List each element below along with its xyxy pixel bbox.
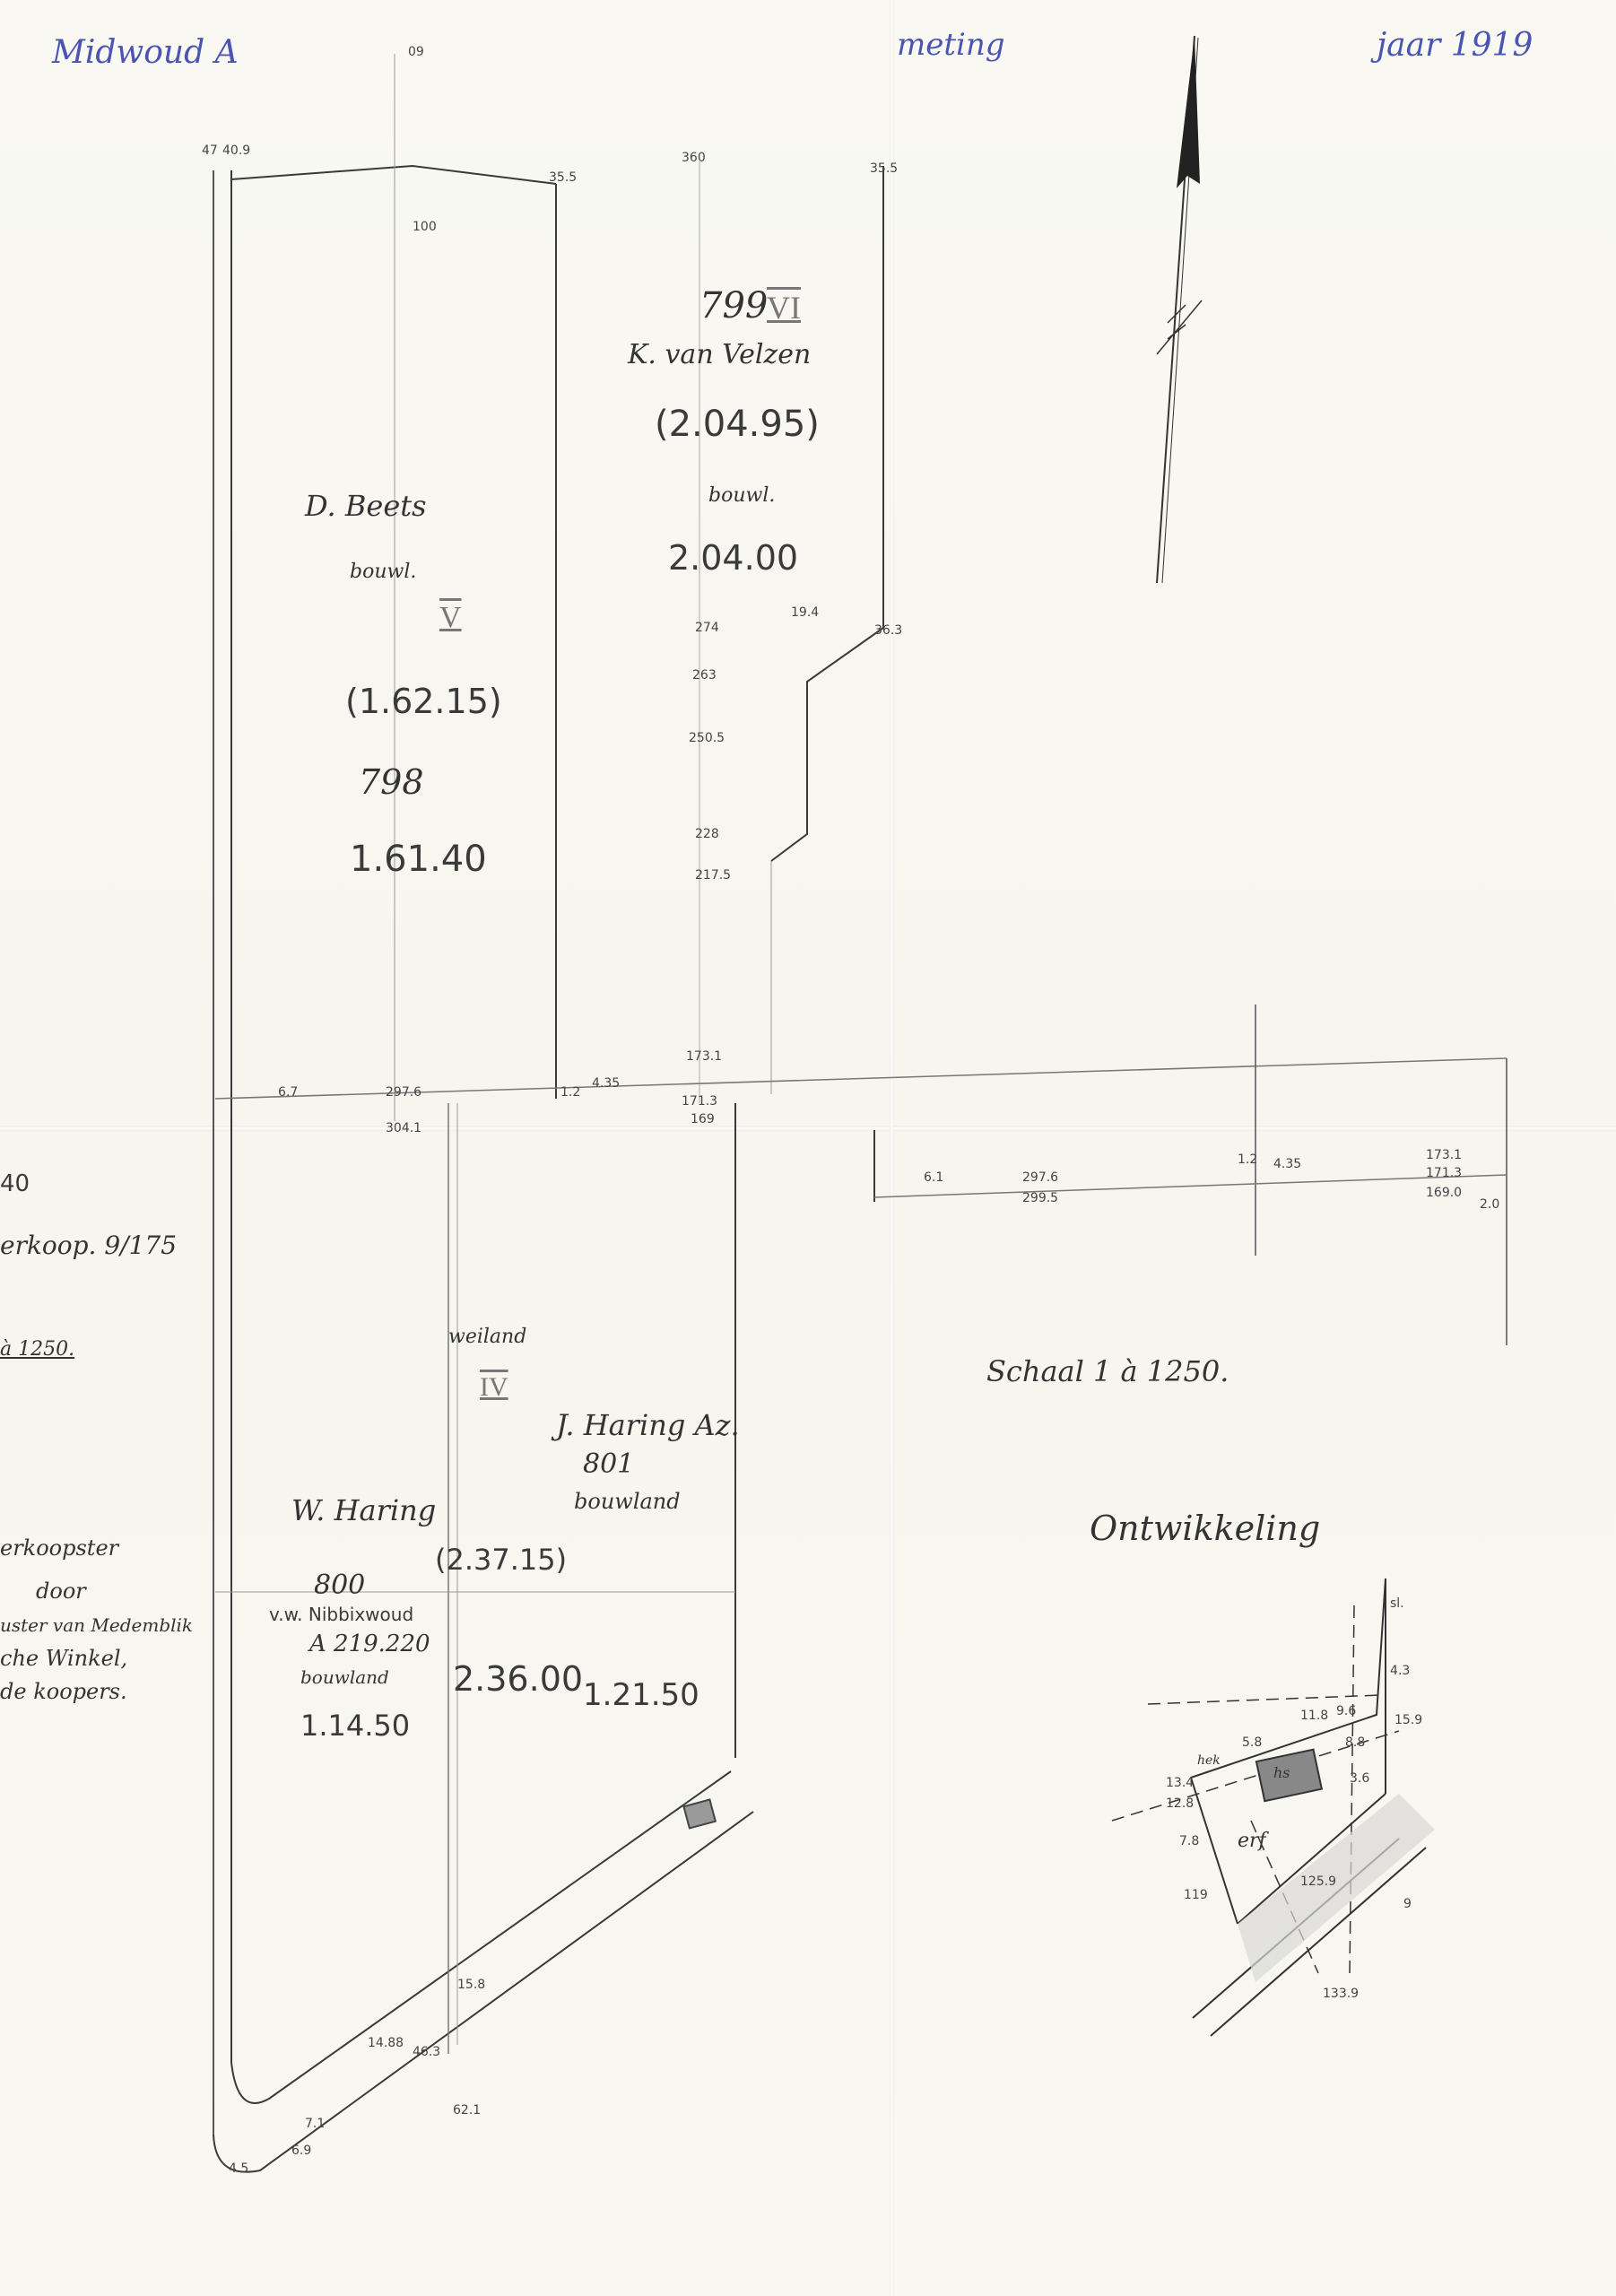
measurement: 35.5 — [549, 170, 577, 185]
measurement: 47 — [202, 143, 218, 158]
area-measured: (2.37.15) — [435, 1543, 567, 1577]
measurement: 40.9 — [222, 143, 250, 158]
measurement: 09 — [408, 45, 424, 59]
measurement: 7.1 — [305, 2117, 325, 2131]
hs-label: hs — [1273, 1764, 1290, 1781]
measurement: 6.7 — [278, 1085, 298, 1100]
detail-measure: 133.9 — [1323, 1987, 1359, 2001]
detail-measure: 11.8 — [1300, 1709, 1328, 1723]
left-note-line: de koopers. — [0, 1679, 127, 1704]
left-verkoop-note: erkoop. 9/175 — [0, 1231, 177, 1260]
north-arrow-icon — [1157, 36, 1202, 583]
measurement: 299.5 — [1022, 1191, 1058, 1205]
detail-measure: 13.4 — [1166, 1776, 1194, 1790]
measurement: 360 — [682, 151, 706, 165]
left-note-line: che Winkel, — [0, 1646, 127, 1671]
detail-measure: 9.6 — [1336, 1704, 1356, 1718]
measurement: 35.5 — [870, 161, 898, 176]
land-use: bouwland — [574, 1489, 681, 1514]
land-use: bouwl. — [708, 484, 775, 507]
measurement: 1.2 — [1238, 1152, 1257, 1167]
detail-measure: 119 — [1184, 1888, 1208, 1902]
area-registered: 1.14.50 — [300, 1709, 410, 1743]
area-registered: 2.04.00 — [668, 538, 798, 578]
header-center-note: meting — [897, 27, 1005, 63]
measurement: 217.5 — [695, 868, 731, 883]
detail-measure: 8.8 — [1345, 1735, 1365, 1750]
detail-measure: 7.8 — [1179, 1834, 1199, 1848]
header-left-note: Midwoud A — [52, 34, 239, 71]
area-measured: (1.62.15) — [345, 682, 502, 721]
measurement: 6.9 — [291, 2144, 311, 2158]
measurement: 4.35 — [1273, 1157, 1301, 1171]
measurement: 228 — [695, 827, 719, 841]
cadastral-ref: A 219.220 — [309, 1631, 430, 1657]
detail-measure: 12.8 — [1166, 1796, 1194, 1811]
measurement: 46.3 — [413, 2045, 440, 2059]
left-note-line: door — [36, 1578, 86, 1604]
parcel-section: V — [439, 601, 462, 635]
detail-measure: 15.9 — [1394, 1713, 1422, 1727]
parcel-number: 801 — [583, 1448, 634, 1480]
left-note-line: uster van Medemblik — [0, 1614, 193, 1636]
header-right-note: jaar 1919 — [1377, 27, 1533, 64]
measurement: 169 — [691, 1112, 715, 1126]
erf-label: erf — [1238, 1830, 1266, 1852]
measurement: 1.2 — [560, 1085, 580, 1100]
detail-measure: 9 — [1403, 1897, 1412, 1911]
former-owner: v.w. Nibbixwoud — [269, 1604, 413, 1625]
parcel-number: 799 — [699, 285, 768, 326]
measurement: 304.1 — [386, 1121, 421, 1135]
measurement: 62.1 — [453, 2103, 481, 2118]
measurement: 100 — [413, 220, 437, 234]
measurement: 4.35 — [592, 1076, 620, 1091]
measurement: 19.4 — [791, 605, 819, 620]
detail-measure: 4.3 — [1390, 1664, 1410, 1678]
measurement: 4.5 — [229, 2161, 248, 2176]
scale-label: Schaal 1 à 1250. — [986, 1354, 1229, 1388]
area-registered: 1.61.40 — [350, 839, 487, 880]
ontwikkeling-title: Ontwikkeling — [1090, 1509, 1320, 1548]
area-combined: 2.36.00 — [453, 1659, 583, 1699]
measurement: 173.1 — [686, 1049, 722, 1064]
measurement: 297.6 — [1022, 1170, 1058, 1185]
detail-measure: 125.9 — [1300, 1874, 1336, 1889]
parcel-owner: W. Haring — [291, 1493, 436, 1527]
parcel-section: VI — [767, 289, 801, 326]
land-use: bouwland — [300, 1666, 389, 1688]
detail-measure: 5.8 — [1242, 1735, 1262, 1750]
left-scale-note: à 1250. — [0, 1338, 74, 1361]
measurement: 15.8 — [457, 1978, 485, 1992]
measurement: 171.3 — [1426, 1166, 1462, 1180]
weiland-label: weiland — [448, 1326, 526, 1348]
measurement: 2.0 — [1480, 1197, 1499, 1212]
measurement: 263 — [692, 668, 717, 683]
parcel-owner: D. Beets — [305, 489, 427, 523]
left-note-line: erkoopster — [0, 1535, 118, 1561]
measurement: 6.1 — [924, 1170, 943, 1185]
measurement: 169.0 — [1426, 1186, 1462, 1200]
measurement: 36.3 — [874, 623, 902, 638]
parcel-owner: J. Haring Az. — [556, 1408, 740, 1442]
parcel-number: 800 — [314, 1570, 365, 1601]
parcel-owner: K. van Velzen — [628, 339, 811, 370]
parcel-section: IV — [480, 1372, 508, 1403]
detail-measure: 3.6 — [1350, 1771, 1369, 1786]
hek-label: hek — [1197, 1753, 1221, 1768]
area-measured: (2.04.95) — [655, 404, 820, 445]
measurement: 14.88 — [368, 2036, 404, 2050]
measurement: 173.1 — [1426, 1148, 1462, 1162]
measurement: 274 — [695, 621, 719, 635]
measurement: 250.5 — [689, 731, 725, 745]
area-registered: 1.21.50 — [583, 1677, 699, 1713]
parcel-number: 798 — [359, 762, 424, 802]
measurement: 171.3 — [682, 1094, 717, 1109]
sl-label: sl. — [1390, 1596, 1404, 1611]
measurement: 297.6 — [386, 1085, 421, 1100]
left-area-fragment: 40 — [0, 1170, 30, 1197]
land-use: bouwl. — [350, 561, 416, 583]
